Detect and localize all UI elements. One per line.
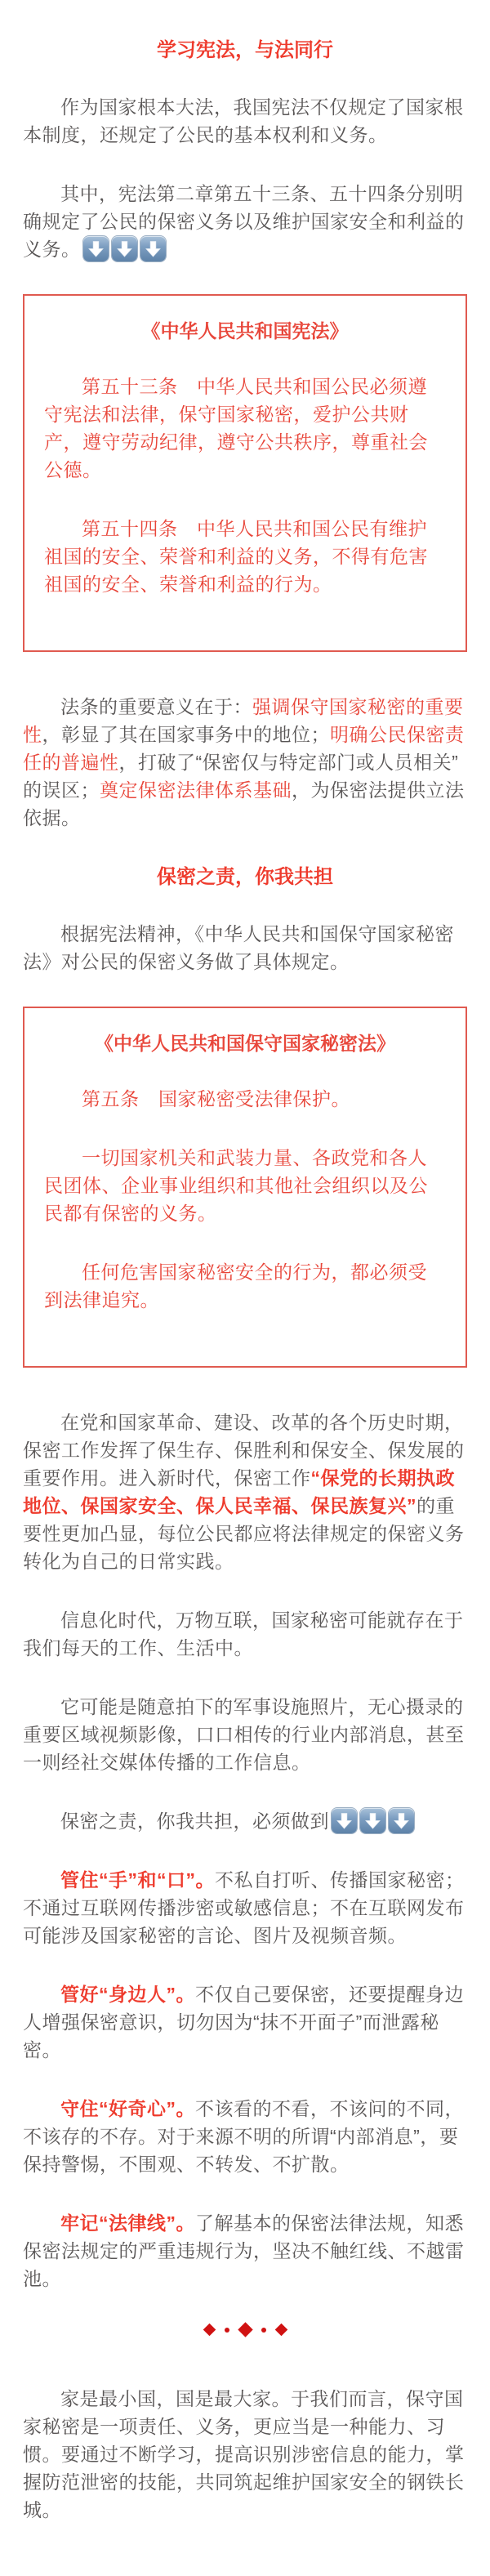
down-arrow-emoji-icon [360, 1808, 385, 1833]
article-body: 学习宪法，与法同行 作为国家根本大法，我国宪法不仅规定了国家根本制度，还规定了公… [0, 0, 490, 2576]
constitution-article-54: 第五十四条 中华人民共和国公民有维护祖国的安全、荣誉和利益的义务，不得有危害祖国… [44, 515, 446, 598]
closing-paragraph: 家是最小国，国是最大家。于我们而言，保守国家秘密是一项责任、义务，更应当是一种能… [23, 2385, 467, 2524]
diamond-divider [23, 2324, 467, 2336]
secrecy-law-article-5: 第五条 国家秘密受法律保护。 [44, 1085, 446, 1113]
secrecy-law-quote-box: 《中华人民共和国保守国家秘密法》 第五条 国家秘密受法律保护。 一切国家机关和武… [23, 1007, 467, 1368]
tip-paragraph-hands-mouth: 管住“手”和“口”。不私自打听、传播国家秘密；不通过互联网传播涉密或敏感信息；不… [23, 1866, 467, 1949]
secrecy-law-clause-1: 一切国家机关和武装力量、各政党和各人民团体、企业事业组织和其他社会组织以及公民都… [44, 1144, 446, 1227]
down-arrow-emoji-icon [112, 236, 137, 261]
secrecy-law-intro-paragraph: 根据宪法精神，《中华人民共和国保守国家秘密法》对公民的保密义务做了具体规定。 [23, 920, 467, 975]
secrecy-law-clause-2: 任何危害国家秘密安全的行为，都必须受到法律追究。 [44, 1258, 446, 1314]
intro-paragraph-1-text: 作为国家根本大法，我国宪法不仅规定了国家根本制度，还规定了公民的基本权利和义务。 [23, 96, 464, 145]
down-arrow-emoji-icon [389, 1808, 414, 1833]
significance-paragraph: 法条的重要意义在于：强调保守国家秘密的重要性，彰显了其在国家事务中的地位；明确公… [23, 693, 467, 832]
diamond-icon [274, 2324, 287, 2337]
dot-icon [225, 2328, 229, 2333]
tip-paragraph-curiosity: 守住“好奇心”。不该看的不看，不该问的不同，不该存的不存。对于来源不明的所谓“内… [23, 2095, 467, 2178]
constitution-quote-box: 《中华人民共和国宪法》 第五十三条 中华人民共和国公民必须遵守宪法和法律，保守国… [23, 294, 467, 652]
must-do-paragraph: 保密之责，你我共担，必须做到 [23, 1807, 467, 1835]
down-arrow-emoji-icon [83, 236, 109, 261]
new-era-paragraph: 在党和国家革命、建设、改革的各个历史时期，保密工作发挥了保生存、保胜利和保安全、… [23, 1409, 467, 1575]
down-arrow-emoji-icon [332, 1808, 357, 1833]
constitution-quote-box-title: 《中华人民共和国宪法》 [44, 317, 446, 345]
must-do-text: 保密之责，你我共担，必须做到 [60, 1810, 329, 1832]
tip-paragraph-legal-line: 牢记“法律线”。了解基本的保密法律法规，知悉保密法规定的严重违规行为，坚决不触红… [23, 2209, 467, 2293]
secret-examples-paragraph: 它可能是随意拍下的军事设施照片，无心摄录的重要区域视频影像，口口相传的行业内部消… [23, 1693, 467, 1776]
secrecy-law-quote-box-title: 《中华人民共和国保守国家秘密法》 [44, 1029, 446, 1057]
significance-lead: 法条的重要意义在于： [60, 696, 252, 717]
closing-text: 家是最小国，国是最大家。于我们而言，保守国家秘密是一项责任、义务，更应当是一种能… [23, 2388, 465, 2520]
significance-red-3: 奠定保密法律体系基础 [100, 779, 292, 801]
significance-gray-1: ，彰显了其在国家事务中的地位； [42, 724, 331, 745]
information-age-paragraph: 信息化时代，万物互联，国家秘密可能就存在于我们每天的工作、生活中。 [23, 1606, 467, 1662]
tip-lead-legal-line: 牢记“法律线”。 [60, 2212, 195, 2234]
dot-icon [261, 2328, 266, 2333]
information-age-text: 信息化时代，万物互联，国家秘密可能就存在于我们每天的工作、生活中。 [23, 1609, 464, 1659]
section-heading-shared-duty: 保密之责，你我共担 [23, 863, 467, 892]
constitution-article-53: 第五十三条 中华人民共和国公民必须遵守宪法和法律，保守国家秘密，爱护公共财产，遵… [44, 373, 446, 484]
down-arrow-emoji-icon [140, 236, 166, 261]
intro-paragraph-1: 作为国家根本大法，我国宪法不仅规定了国家根本制度，还规定了公民的基本权利和义务。 [23, 93, 467, 149]
tip-lead-curiosity: 守住“好奇心”。 [60, 2098, 195, 2119]
diamond-icon [238, 2322, 252, 2337]
tip-lead-people-around: 管好“身边人”。 [60, 1984, 195, 2005]
article-title: 学习宪法，与法同行 [23, 36, 467, 65]
diamond-icon [203, 2324, 216, 2337]
secret-examples-text: 它可能是随意拍下的军事设施照片，无心摄录的重要区域视频影像，口口相传的行业内部消… [23, 1696, 465, 1773]
secrecy-law-intro-text: 根据宪法精神，《中华人民共和国保守国家秘密法》对公民的保密义务做了具体规定。 [23, 923, 454, 972]
tip-paragraph-people-around: 管好“身边人”。不仅自己要保密，还要提醒身边人增强保密意识，切勿因为“抹不开面子… [23, 1980, 467, 2064]
intro-paragraph-2: 其中，宪法第二章第五十三条、五十四条分别明确规定了公民的保密义务以及维护国家安全… [23, 180, 467, 263]
tip-lead-hands-mouth: 管住“手”和“口”。 [60, 1869, 215, 1891]
